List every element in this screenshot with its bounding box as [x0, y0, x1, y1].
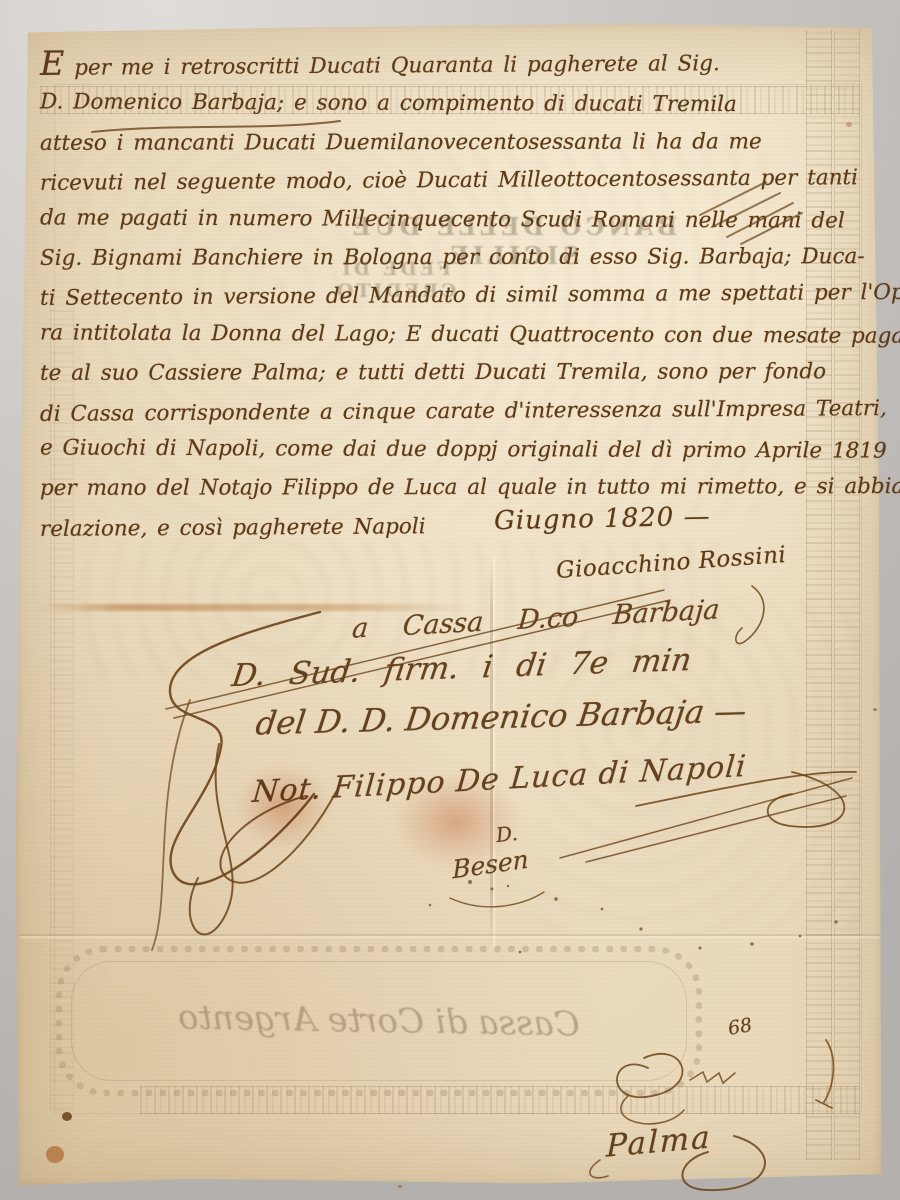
letter-line: da me pagati in numero Millecinquecento … [40, 199, 868, 241]
letter-line: te al suo Cassiere Palma; e tutti detti … [40, 353, 868, 393]
letter-body: E per me i retroscritti Ducati Quaranta … [40, 42, 868, 546]
letter-line: e Giuochi di Napoli, come dai due doppj … [40, 429, 868, 471]
letter-line: relazione, e così pagherete Napoli [40, 505, 868, 549]
date-line: Giugno 1820 — [494, 502, 711, 537]
photograph-backdrop: BANCO DELLE DUE SICILIE FEDE DI CREDITO … [0, 0, 900, 1200]
cartouche-inner-frame: Cassa di Corte Argento [71, 961, 687, 1081]
letter-line: ti Settecento in versione del Mandato di… [40, 275, 868, 319]
showthrough-cartouche-frame: Cassa di Corte Argento [56, 946, 702, 1096]
letter-line: E per me i retroscritti Ducati Quaranta … [40, 39, 868, 88]
fold-crease-stain [38, 604, 474, 611]
letter-line: di Cassa corrispondente a cinque carate … [40, 390, 868, 434]
letter-line: ricevuti nel seguente modo, cioè Ducati … [40, 159, 868, 203]
red-stamp-stain [392, 772, 520, 870]
horizontal-fold-line [20, 934, 880, 936]
folio-number: 68 [726, 1014, 754, 1040]
letter-line: ra intitolata la Donna del Lago; E ducat… [40, 314, 868, 356]
letter-line: Sig. Bignami Banchiere in Bologna per co… [40, 238, 868, 278]
letter-line: D. Domenico Barbaja; e sono a compimento… [40, 84, 868, 126]
foxing-spots [62, 1112, 72, 1121]
red-stamp-stain [236, 764, 332, 850]
letter-line: atteso i mancanti Ducati Duemilanovecent… [40, 123, 868, 163]
letter-line: per mano del Notajo Filippo de Luca al q… [40, 469, 868, 509]
showthrough-cartouche-text: Cassa di Corte Argento [178, 997, 580, 1044]
